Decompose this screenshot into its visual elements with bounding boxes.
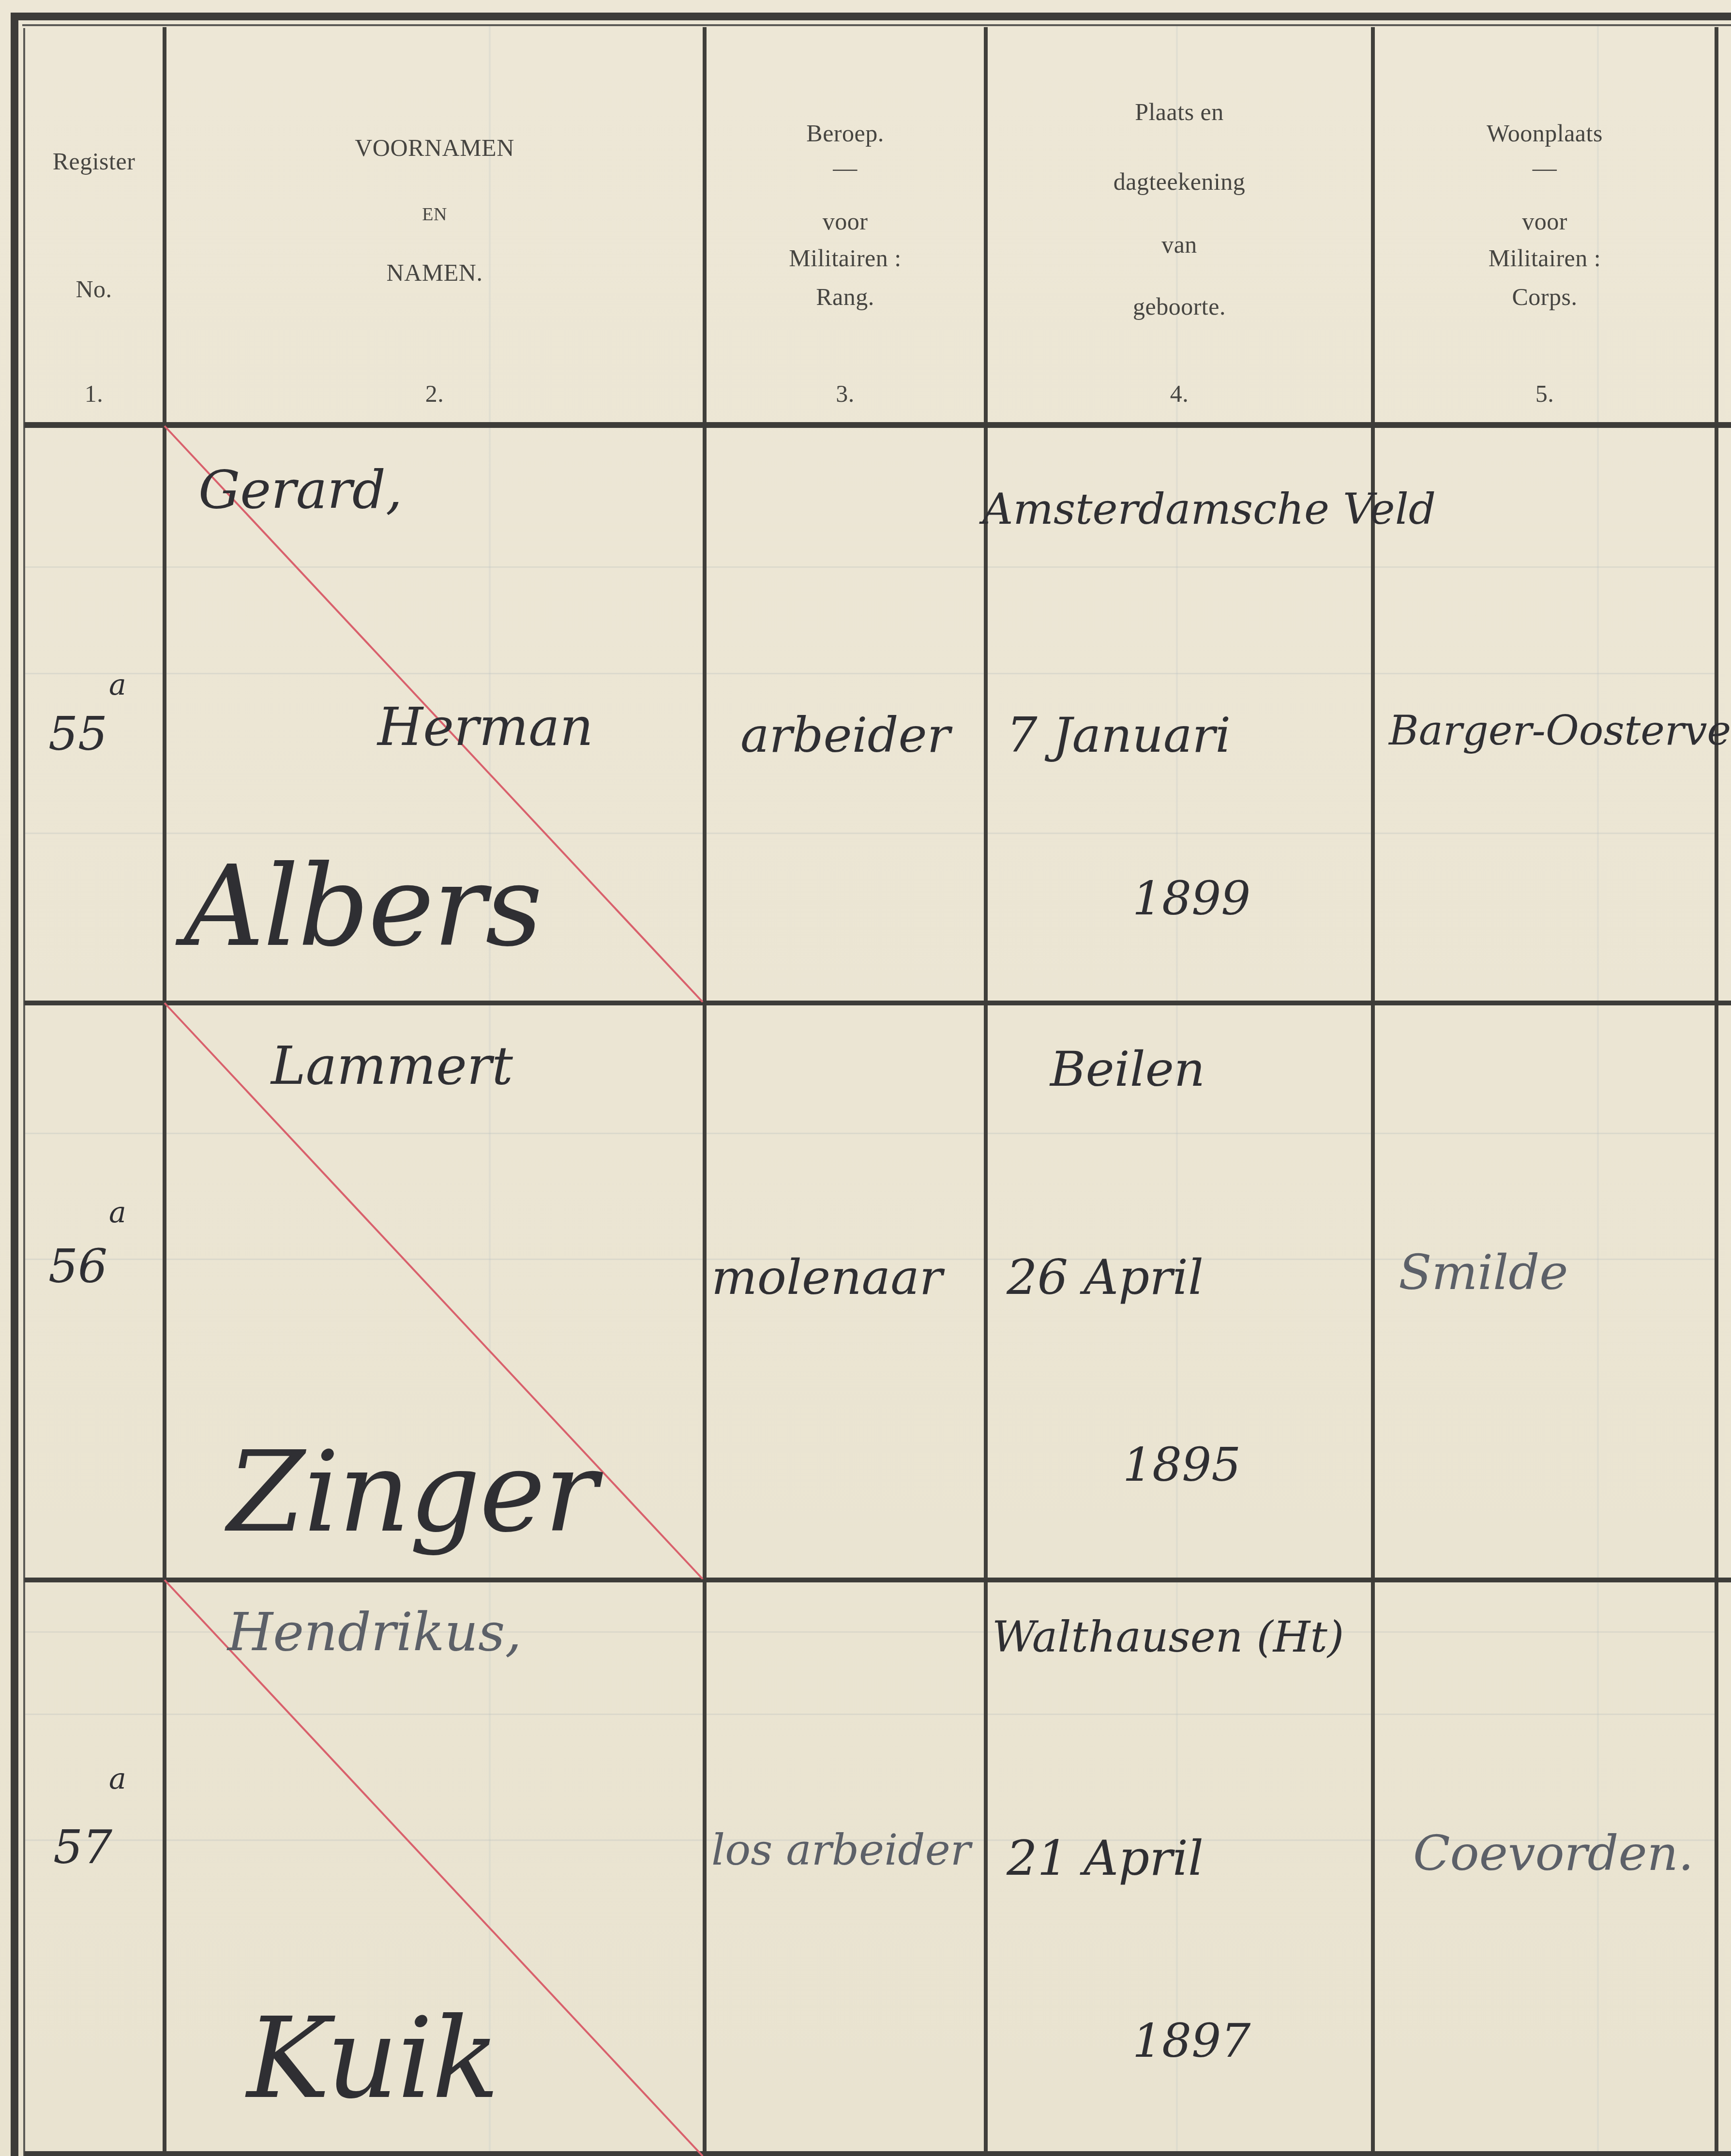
register-number: 57 — [53, 1820, 112, 1874]
occupation: molenaar — [711, 1249, 943, 1306]
register-suffix: a — [109, 668, 126, 702]
register-number: 56 — [48, 1239, 107, 1293]
birth-place: Beilen — [1050, 1041, 1205, 1097]
register-suffix: a — [109, 1196, 126, 1230]
occupation: arbeider — [740, 707, 950, 763]
birth-year: 1897 — [1132, 2014, 1250, 2068]
given-name: Herman — [377, 697, 593, 758]
surname: Kuik — [247, 1994, 498, 2124]
register-number: 55 — [48, 707, 107, 761]
register-page: Register No. 1. VOORNAMEN EN NAMEN. 2. B… — [0, 0, 1731, 2156]
given-name: Hendrikus, — [227, 1602, 522, 1663]
birth-date: 21 April — [1007, 1830, 1204, 1886]
birth-year: 1895 — [1123, 1438, 1241, 1492]
residence: Smilde — [1399, 1244, 1568, 1301]
occupation: los arbeider — [711, 1825, 971, 1875]
birth-date: 26 April — [1007, 1249, 1204, 1306]
given-name: Lammert — [271, 1036, 513, 1096]
register-suffix: a — [109, 1762, 126, 1796]
surname: Albers — [184, 842, 542, 972]
birth-place: Walthausen (Ht) — [992, 1612, 1344, 1662]
residence: Barger-Oosterveen — [1389, 707, 1731, 754]
surname: Zinger — [227, 1428, 597, 1557]
birth-year: 1899 — [1132, 871, 1250, 926]
residence: Coevorden. — [1413, 1825, 1694, 1882]
given-name: Gerard, — [198, 460, 402, 520]
birth-date: 7 Januari — [1007, 707, 1231, 763]
birth-place: Amsterdamsche Veld — [982, 484, 1436, 534]
